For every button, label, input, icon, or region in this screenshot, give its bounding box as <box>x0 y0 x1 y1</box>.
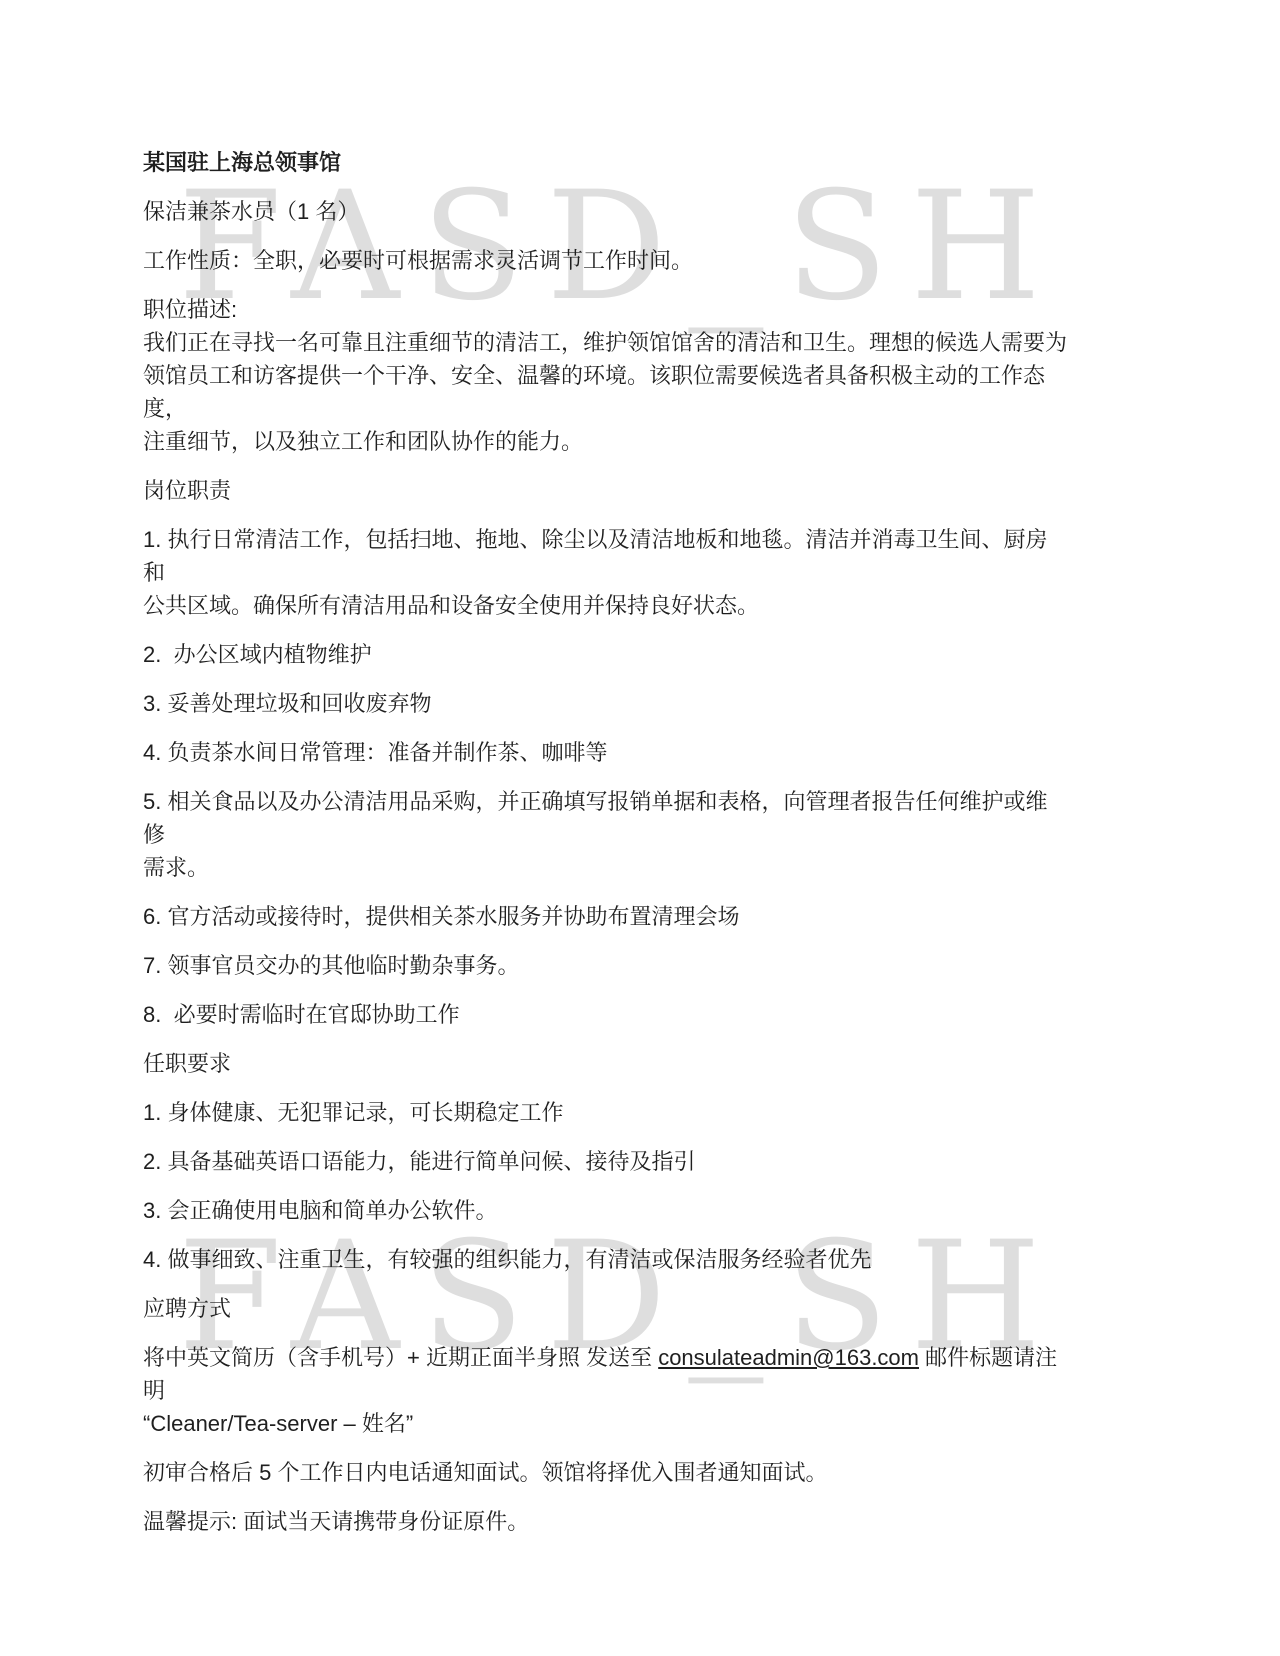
duty-item-8: 8. 必要时需临时在官邸协助工作 <box>143 998 1069 1031</box>
duty-item-3: 3. 妥善处理垃圾和回收废弃物 <box>143 687 1069 720</box>
apply-heading: 应聘方式 <box>143 1292 1069 1325</box>
document-body: 某国驻上海总领事馆 保洁兼茶水员（1 名） 工作性质：全职，必要时可根据需求灵活… <box>143 146 1069 1554</box>
document-page: FASD_SH FASD_SH 某国驻上海总领事馆 保洁兼茶水员（1 名） 工作… <box>0 0 1280 1656</box>
apply-line2: “Cleaner/Tea-server – 姓名” <box>143 1411 413 1436</box>
reminder-line: 温馨提示: 面试当天请携带身份证原件。 <box>143 1505 1069 1538</box>
duty-item-7: 7. 领事官员交办的其他临时勤杂事务。 <box>143 949 1069 982</box>
duty-item-2: 2. 办公区域内植物维护 <box>143 638 1069 671</box>
apply-email-link[interactable]: consulateadmin@163.com <box>658 1345 919 1370</box>
duty-item-5: 5. 相关食品以及办公清洁用品采购，并正确填写报销单据和表格，向管理者报告任何维… <box>143 785 1069 884</box>
apply-line1-pre: 将中英文简历（含手机号）+ 近期正面半身照 发送至 <box>143 1345 658 1370</box>
notice-line: 初审合格后 5 个工作日内电话通知面试。领馆将择优入围者通知面试。 <box>143 1456 1069 1489</box>
duty-item-4: 4. 负责茶水间日常管理：准备并制作茶、咖啡等 <box>143 736 1069 769</box>
requirement-item-4: 4. 做事细致、注重卫生，有较强的组织能力，有清洁或保洁服务经验者优先 <box>143 1243 1069 1276</box>
duty-item-6: 6. 官方活动或接待时，提供相关茶水服务并协助布置清理会场 <box>143 900 1069 933</box>
doc-title: 某国驻上海总领事馆 <box>143 146 1069 179</box>
requirement-item-2: 2. 具备基础英语口语能力，能进行简单问候、接待及指引 <box>143 1145 1069 1178</box>
apply-paragraph: 将中英文简历（含手机号）+ 近期正面半身照 发送至 consulateadmin… <box>143 1341 1069 1440</box>
job-nature-line: 工作性质：全职，必要时可根据需求灵活调节工作时间。 <box>143 244 1069 277</box>
duty-item-1: 1. 执行日常清洁工作，包括扫地、拖地、除尘以及清洁地板和地毯。清洁并消毒卫生间… <box>143 523 1069 622</box>
requirements-heading: 任职要求 <box>143 1047 1069 1080</box>
position-line: 保洁兼茶水员（1 名） <box>143 195 1069 228</box>
requirement-item-3: 3. 会正确使用电脑和简单办公软件。 <box>143 1194 1069 1227</box>
requirement-item-1: 1. 身体健康、无犯罪记录，可长期稳定工作 <box>143 1096 1069 1129</box>
duties-heading: 岗位职责 <box>143 474 1069 507</box>
job-description: 职位描述: 我们正在寻找一名可靠且注重细节的清洁工，维护领馆馆舍的清洁和卫生。理… <box>143 293 1069 458</box>
